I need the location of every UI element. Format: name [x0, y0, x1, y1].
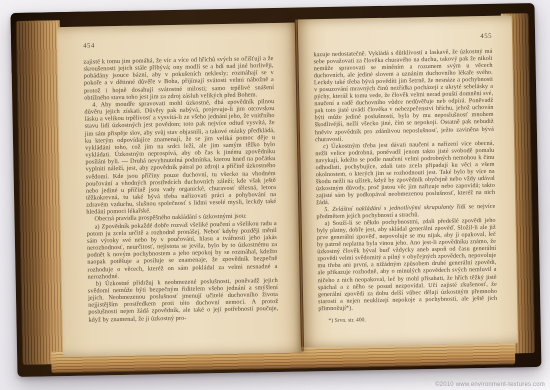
paragraph: 4. Aby moudře spravovati mohl úzkostné, …	[84, 98, 276, 216]
footnote: *) Srvn. str. 400.	[318, 315, 497, 325]
watermark-text: ©2010 www.environment-textures.com	[435, 382, 545, 388]
paragraph: b) Úzkostné přidržuj k neobmezené posluš…	[88, 277, 279, 324]
paragraph: a) Souží-li se někdo pochybnostmi, zdali…	[317, 218, 498, 313]
paragraph: kazuje nedostatečně. Vykládá s důtklivos…	[313, 49, 494, 144]
page-number-right: 455	[313, 33, 492, 43]
open-book: 454 zajisté k tomu jim pomáhá, že víc a …	[11, 3, 542, 377]
photo-background: 454 zajisté k tomu jim pomáhá, že víc a …	[0, 0, 550, 390]
right-page-text: kazuje nedostatečně. Vykládá s důtklivos…	[313, 49, 497, 313]
left-page: 454 zajisté k tomu jim pomáhá, že víc a …	[57, 23, 301, 358]
page-number-left: 454	[83, 39, 273, 50]
paragraph: a) Zpovědník pokaždé dobře rozvaž všelik…	[87, 220, 278, 281]
paragraph: zajisté k tomu jim pomáhá, že víc a více…	[83, 55, 274, 102]
paragraph: c) Úzkostným třeba jest dávati naučení a…	[315, 140, 495, 207]
left-page-text: zajisté k tomu jim pomáhá, že víc a více…	[83, 55, 278, 323]
right-page: 455 kazuje nedostatečně. Vykládá s důtkl…	[298, 15, 518, 347]
